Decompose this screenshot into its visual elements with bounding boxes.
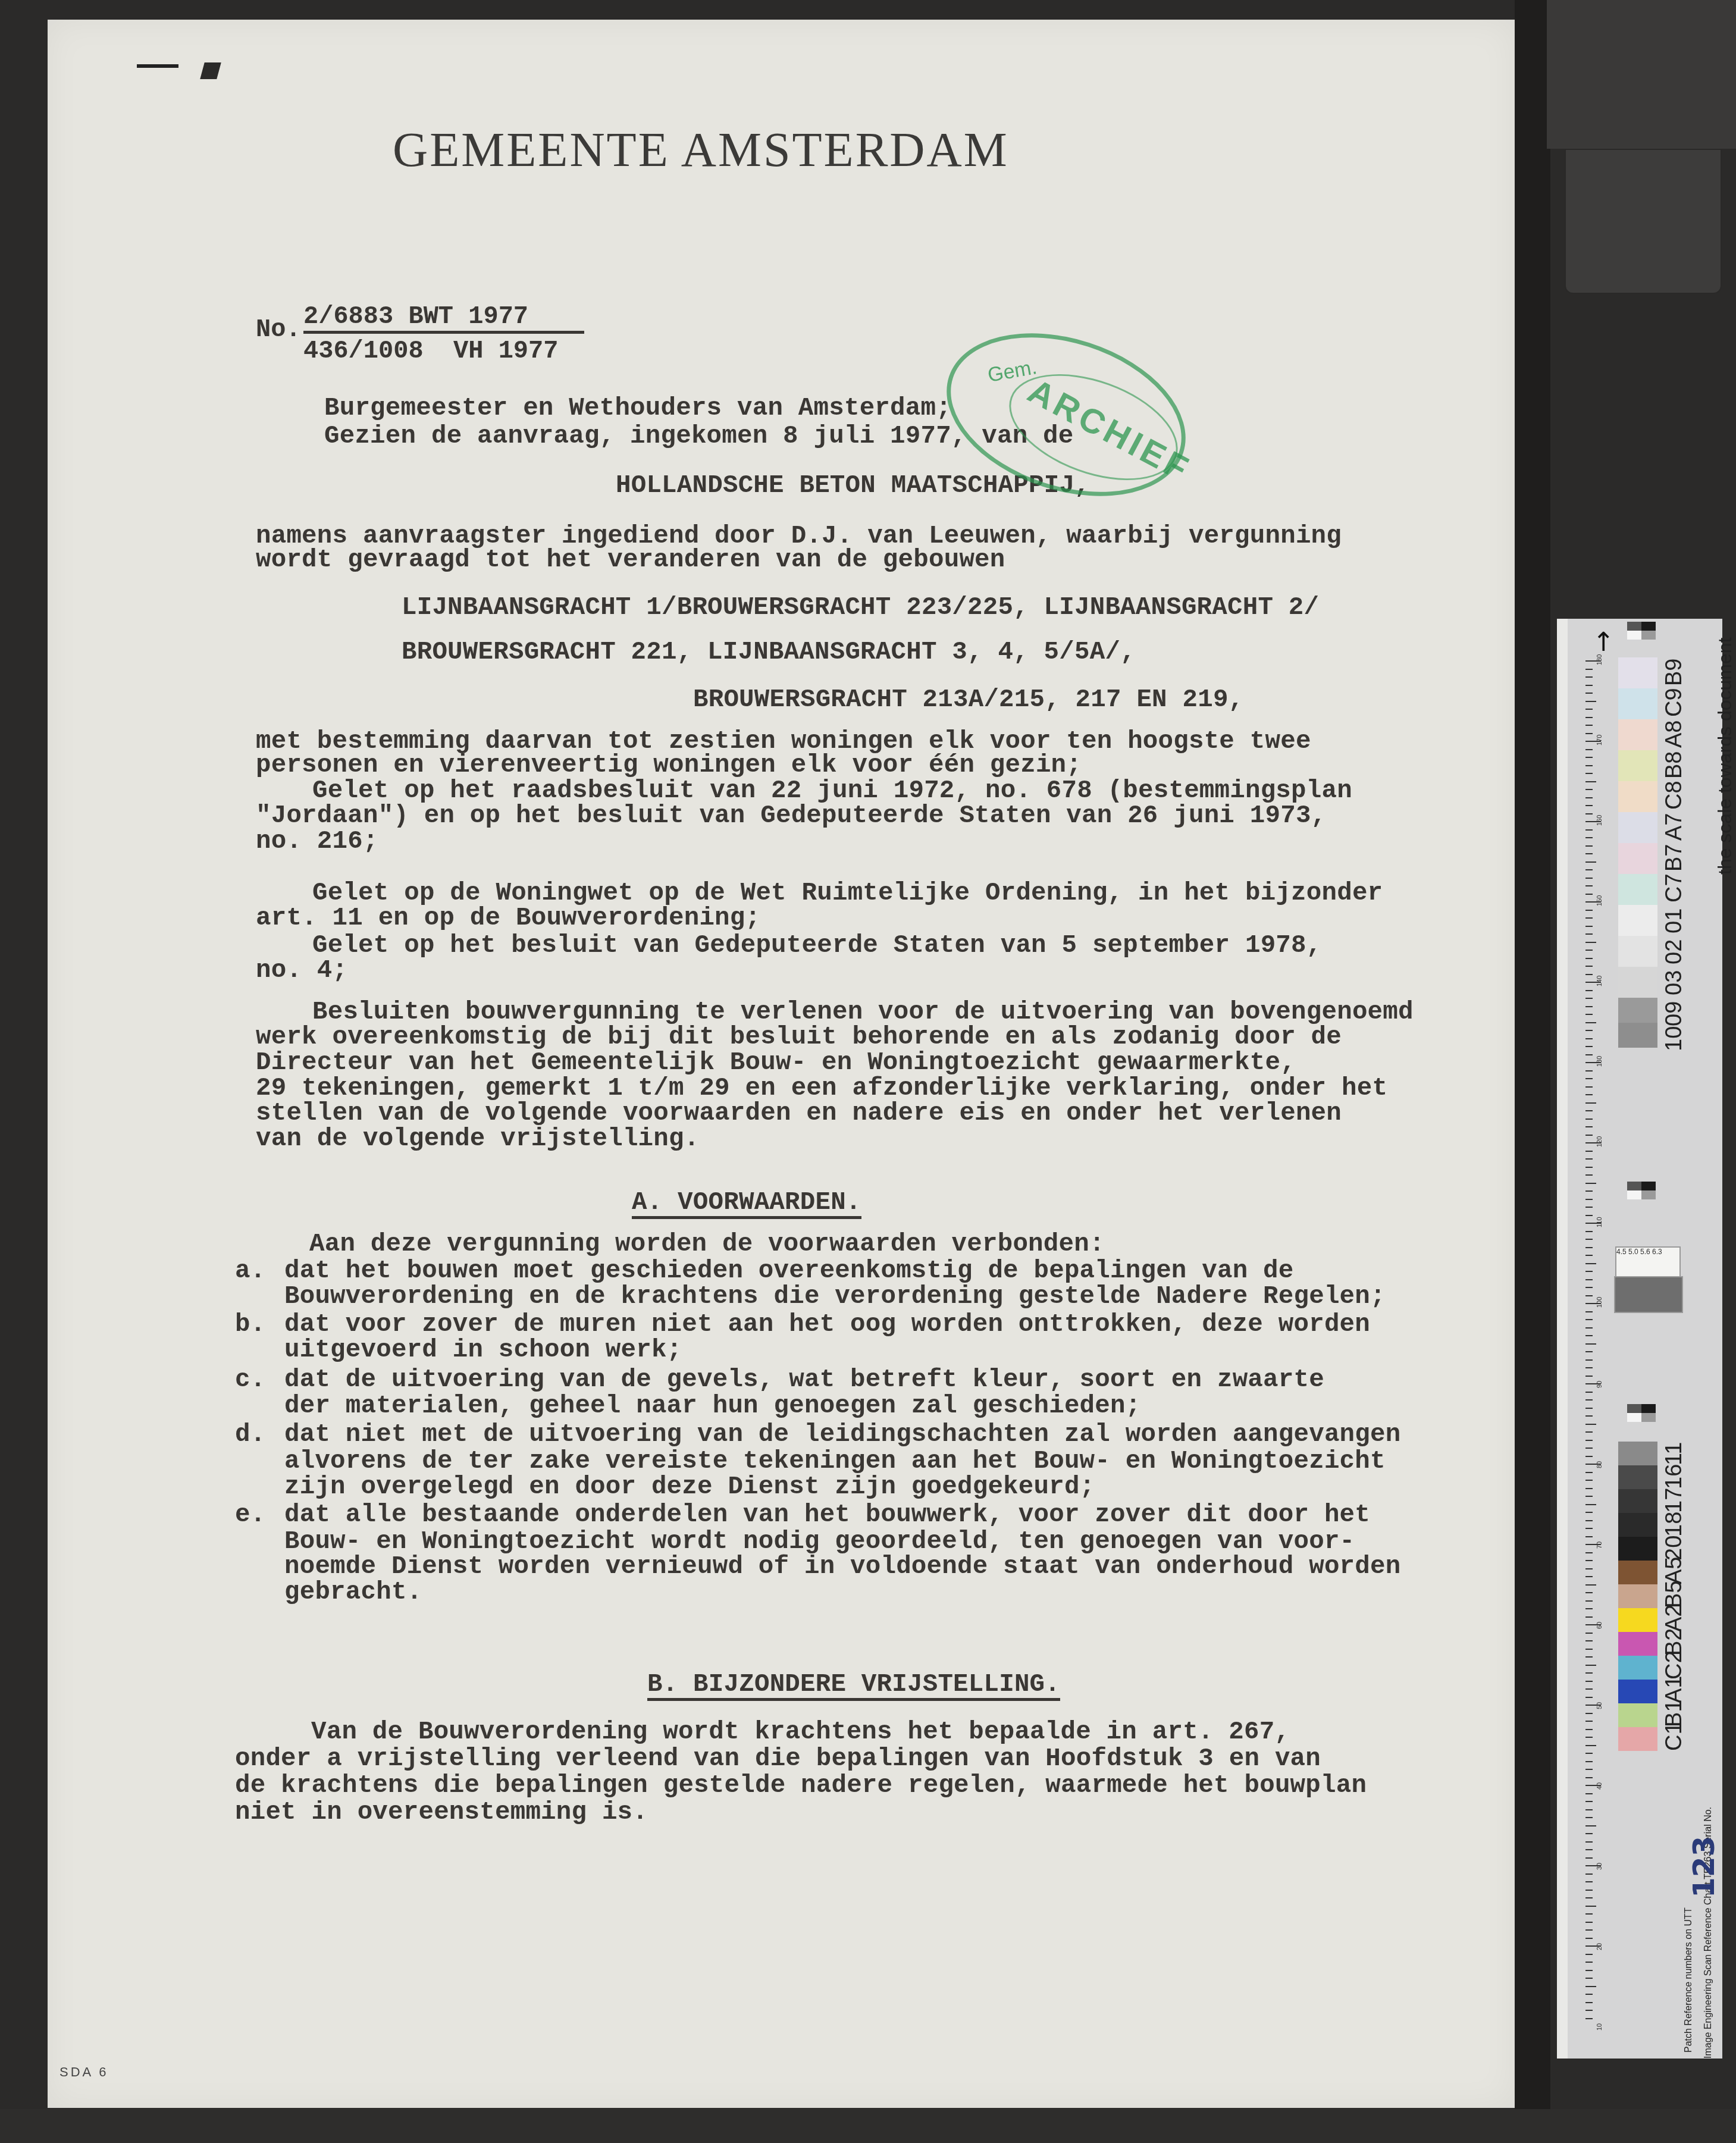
- ruler-tick: [1585, 1078, 1593, 1079]
- ruler-tick: [1585, 1392, 1593, 1393]
- letterhead: GEMEENTE AMSTERDAM: [393, 122, 1009, 178]
- ruler-tick: [1585, 1849, 1593, 1850]
- ruler-tick: [1585, 1472, 1593, 1473]
- patch-label: 18: [1662, 1512, 1687, 1537]
- ruler-tick: [1585, 1929, 1593, 1931]
- ruler-tick: [1585, 1994, 1593, 1995]
- ruler-tick: [1585, 1649, 1593, 1650]
- ruler-tick: [1585, 894, 1593, 895]
- ruler-label: 140: [1596, 976, 1603, 986]
- ruler-tick: [1585, 1359, 1593, 1361]
- ruler-tick: [1585, 1287, 1593, 1288]
- ruler-tick: [1585, 1504, 1596, 1505]
- ruler-tick: [1585, 765, 1593, 766]
- ruler-tick: [1585, 1761, 1593, 1762]
- pencil-annotation: SDA 6: [59, 2064, 108, 2080]
- color-patch-a7: [1618, 812, 1657, 843]
- ruler-tick: [1585, 1745, 1596, 1746]
- ruler-tick: [1585, 1151, 1593, 1152]
- ruler-tick: [1585, 1640, 1593, 1641]
- patch-label: 01: [1662, 908, 1687, 933]
- ruler-tick: [1585, 1255, 1593, 1256]
- color-patch-10: [1618, 1023, 1657, 1048]
- ruler-tick: [1585, 974, 1593, 975]
- condition-line: dat het bouwen moet geschieden overeenko…: [284, 1258, 1293, 1283]
- ruler-tick: [1585, 733, 1593, 734]
- binder-flap: [1565, 149, 1722, 294]
- ruler-tick: [1585, 845, 1593, 847]
- reference-label: No.: [256, 315, 301, 344]
- ruler-tick: [1585, 1448, 1593, 1449]
- ruler-tick: [1585, 1496, 1593, 1497]
- patch-label: 09: [1662, 1001, 1687, 1026]
- ruler-tick: [1585, 1351, 1593, 1352]
- ruler-tick: [1585, 1608, 1593, 1609]
- ruler-tick: [1585, 1633, 1593, 1634]
- ruler-tick: [1585, 1086, 1593, 1088]
- condition-line: gebracht.: [284, 1580, 422, 1605]
- paragraph-line: namens aanvraagster ingediend door D.J. …: [256, 524, 1342, 549]
- reference-number-top: 2/6883 BWT 1977: [303, 302, 528, 331]
- arrow-up-icon: ↑: [1593, 629, 1615, 656]
- ruler-tick: [1585, 1809, 1593, 1810]
- ruler-label: 130: [1596, 1056, 1603, 1067]
- ruler-tick: [1585, 1014, 1593, 1015]
- ruler-tick: [1585, 950, 1593, 951]
- ruler-tick: [1585, 749, 1593, 750]
- ruler-tick: [1585, 1897, 1593, 1898]
- ruler-tick: [1585, 1319, 1593, 1320]
- greyscale-target: [1627, 1182, 1656, 1199]
- ruler-tick: [1585, 1833, 1593, 1834]
- ruler-tick: [1585, 998, 1593, 999]
- ruler-tick: [1585, 1295, 1593, 1296]
- ruler-tick: [1585, 1135, 1593, 1136]
- ruler-tick: [1585, 1962, 1593, 1963]
- patch-label: B8: [1662, 751, 1687, 779]
- grey-card: [1614, 1276, 1683, 1313]
- ruler-tick: [1585, 1311, 1593, 1312]
- ruler-tick: [1585, 1158, 1593, 1160]
- ruler-tick: [1585, 1126, 1593, 1127]
- ruler-tick: [1585, 669, 1593, 670]
- ruler-tick: [1585, 885, 1593, 886]
- ruler-tick: [1585, 1801, 1593, 1802]
- ruler-tick: [1585, 1688, 1593, 1690]
- condition-line: uitgevoerd in schoon werk;: [284, 1337, 682, 1362]
- ruler-tick: [1585, 1970, 1593, 1971]
- ruler-tick: [1585, 1247, 1593, 1248]
- color-patch-09: [1618, 998, 1657, 1023]
- ruler-tick: [1585, 837, 1593, 838]
- paragraph-line: BROUWERSGRACHT 213A/215, 217 EN 219,: [693, 687, 1243, 712]
- color-patch-a2: [1618, 1608, 1657, 1632]
- ruler-tick: [1585, 1737, 1593, 1738]
- ruler-tick: [1585, 1825, 1596, 1826]
- section-a-heading: A. VOORWAARDEN.: [632, 1190, 861, 1219]
- ruler-tick: [1585, 797, 1593, 798]
- ruler-tick: [1585, 789, 1593, 790]
- ruler-tick: [1585, 1183, 1596, 1184]
- ruler-tick: [1585, 1600, 1593, 1602]
- ruler-tick: [1585, 878, 1593, 879]
- ruler-tick: [1585, 1681, 1593, 1682]
- paragraph-line: Burgemeester en Wethouders van Amsterdam…: [324, 396, 951, 421]
- ruler-tick: [1585, 917, 1593, 919]
- ruler-label: 150: [1596, 895, 1603, 906]
- ruler-tick: [1585, 1022, 1596, 1023]
- ruler-tick: [1585, 805, 1593, 806]
- paragraph-line: stellen van de volgende voorwaarden en n…: [256, 1101, 1342, 1126]
- ruler-label: 110: [1596, 1217, 1603, 1227]
- ruler-tick: [1585, 2002, 1593, 2003]
- ruler-tick: [1585, 717, 1593, 718]
- patch-label: C8: [1662, 781, 1687, 810]
- color-patch-02: [1618, 936, 1657, 967]
- ruler-tick: [1585, 2010, 1593, 2011]
- patch-label: 02: [1662, 939, 1687, 964]
- ruler-label: 70: [1596, 1542, 1603, 1549]
- color-patch-b5: [1618, 1584, 1657, 1608]
- ruler-tick: [1585, 990, 1593, 991]
- greyscale-target: [1627, 622, 1656, 640]
- patch-label: 11: [1662, 1442, 1687, 1465]
- ruler-scale: 1801701601501401301201101009080706050403…: [1568, 619, 1603, 2059]
- ruler-tick: [1585, 813, 1593, 814]
- ruler-tick: [1585, 693, 1593, 694]
- color-patch-a5: [1618, 1561, 1657, 1584]
- ruler-tick: [1585, 1592, 1593, 1593]
- ruler-tick: [1585, 1672, 1593, 1674]
- exemption-line: Van de Bouwverordening wordt krachtens h…: [311, 1719, 1290, 1744]
- ruler-tick: [1585, 1190, 1593, 1192]
- greyscale-target: [1627, 1404, 1656, 1422]
- ruler-tick: [1585, 1512, 1593, 1513]
- ruler-tick: [1585, 853, 1593, 854]
- color-patch-b2: [1618, 1632, 1657, 1656]
- chart-caption-patch-ref: Patch Reference numbers on UTT: [1684, 1907, 1694, 2053]
- color-patch-16: [1618, 1465, 1657, 1489]
- ruler-tick: [1585, 1721, 1593, 1722]
- ruler-tick: [1585, 1456, 1593, 1457]
- ruler-tick: [1585, 1335, 1593, 1336]
- patch-label: C1: [1662, 1722, 1687, 1751]
- ruler-tick: [1585, 1986, 1596, 1987]
- condition-line: noemde Dienst worden vernieuwd of in vol…: [284, 1554, 1400, 1579]
- ruler-tick: [1585, 1408, 1593, 1409]
- paragraph-line: Besluiten bouwvergunning te verlenen voo…: [312, 1000, 1414, 1024]
- condition-line: Bouwverordening en de krachtens die vero…: [284, 1284, 1386, 1309]
- condition-line: dat alle bestaande onderdelen van het bo…: [284, 1502, 1370, 1527]
- ruler-tick: [1585, 1616, 1593, 1618]
- ruler-label: 40: [1596, 1782, 1603, 1790]
- color-patch-a8: [1618, 719, 1657, 750]
- ruler-tick: [1585, 1777, 1593, 1778]
- ruler-tick: [1585, 701, 1596, 702]
- ruler-tick: [1585, 1536, 1593, 1537]
- condition-line: dat niet met de uitvoering van de leidin…: [284, 1422, 1400, 1447]
- condition-marker: d.: [235, 1422, 265, 1447]
- patch-label: A7: [1662, 813, 1687, 841]
- ruler-tick: [1585, 1753, 1593, 1754]
- patch-label: A8: [1662, 720, 1687, 748]
- section-a-intro: Aan deze vergunning worden de voorwaarde…: [309, 1232, 1105, 1257]
- ruler-label: 100: [1596, 1297, 1603, 1308]
- ruler-tick: [1585, 1343, 1596, 1345]
- ruler-tick: [1585, 1978, 1593, 1979]
- ruler-tick: [1585, 869, 1593, 870]
- ruler-tick: [1585, 1817, 1593, 1818]
- color-patch-c2: [1618, 1656, 1657, 1680]
- ruler-tick: [1585, 1906, 1596, 1907]
- ruler-label: 170: [1596, 735, 1603, 745]
- paragraph-line: werk overeenkomstig de bij dit besluit b…: [256, 1024, 1342, 1049]
- color-patch-c9: [1618, 688, 1657, 719]
- reference-number-bottom: 436/1008 VH 1977: [303, 337, 558, 365]
- ruler-label: 160: [1596, 815, 1603, 826]
- ruler-tick: [1585, 926, 1593, 927]
- patch-label: 16: [1662, 1464, 1687, 1489]
- color-patch-b8: [1618, 750, 1657, 781]
- ruler-tick: [1585, 1271, 1593, 1272]
- ruler-tick: [1585, 1376, 1593, 1377]
- paragraph-line: "Jordaan") en op het besluit van Gedeput…: [256, 803, 1326, 828]
- ruler-tick: [1585, 1873, 1593, 1875]
- ruler-tick: [1585, 725, 1593, 726]
- paragraph-line: personen en vierenveertig woningen elk v…: [256, 753, 1082, 778]
- ruler-tick: [1585, 829, 1593, 831]
- handwritten-serial: 123: [1687, 1836, 1721, 1898]
- ruler-tick: [1585, 942, 1596, 943]
- color-patch-03: [1618, 967, 1657, 998]
- ruler-tick: [1585, 1399, 1593, 1401]
- paragraph-line: Gelet op het besluit van Gedeputeerde St…: [312, 933, 1321, 958]
- ruler-tick: [1585, 966, 1593, 967]
- paragraph-line: LIJNBAANSGRACHT 1/BROUWERSGRACHT 223/225…: [402, 595, 1319, 620]
- ruler-tick: [1585, 910, 1593, 911]
- condition-line: dat voor zover de muren niet aan het oog…: [284, 1312, 1370, 1337]
- ruler-tick: [1585, 1367, 1593, 1368]
- ruler-tick: [1585, 1568, 1593, 1569]
- condition-line: der materialen, geheel naar hun genoegen…: [284, 1393, 1140, 1418]
- color-patch-17: [1618, 1489, 1657, 1513]
- condition-marker: a.: [235, 1258, 265, 1283]
- ruler-tick: [1585, 1054, 1593, 1055]
- ruler-tick: [1585, 1954, 1593, 1955]
- ruler-tick: [1585, 1938, 1593, 1939]
- ruler-tick: [1585, 1327, 1593, 1329]
- ruler-tick: [1585, 1552, 1593, 1553]
- ruler-tick: [1585, 1922, 1593, 1923]
- paragraph-line: Gelet op de Woningwet op de Wet Ruimteli…: [312, 881, 1383, 906]
- ruler-tick: [1585, 1480, 1593, 1481]
- condition-marker: e.: [235, 1502, 265, 1527]
- ruler-label: 90: [1596, 1381, 1603, 1388]
- ruler-tick: [1585, 1207, 1593, 1208]
- ruler-tick: [1585, 1857, 1593, 1859]
- ruler-tick: [1585, 958, 1593, 959]
- paragraph-line: no. 216;: [256, 829, 378, 854]
- color-patch-c1: [1618, 1727, 1657, 1751]
- ruler-tick: [1585, 1713, 1593, 1714]
- ruler-tick: [1585, 1424, 1596, 1425]
- ruler-tick: [1585, 1263, 1596, 1264]
- ruler-tick: [1585, 1431, 1593, 1433]
- exemption-line: de krachtens die bepalingen gestelde nad…: [235, 1773, 1367, 1798]
- condition-line: alvorens de ter zake vereiste tekeningen…: [284, 1449, 1386, 1474]
- ruler-tick: [1585, 685, 1593, 686]
- ruler-tick: [1585, 1584, 1596, 1586]
- ruler-tick: [1585, 933, 1593, 935]
- ruler-tick: [1585, 1488, 1593, 1489]
- ruler-label: 50: [1596, 1702, 1603, 1709]
- condition-line: dat de uitvoering van de gevels, wat bet…: [284, 1367, 1324, 1392]
- color-patch-c8: [1618, 781, 1657, 812]
- ruler-label: 120: [1596, 1136, 1603, 1147]
- ruler-tick: [1585, 1167, 1593, 1168]
- ruler-tick: [1585, 1231, 1593, 1232]
- paragraph-line: Gelet op het raadsbesluit van 22 juni 19…: [312, 778, 1352, 803]
- binder-edge: [1515, 0, 1550, 2143]
- paragraph-line: Directeur van het Gemeentelijk Bouw- en …: [256, 1050, 1296, 1075]
- color-patch-11: [1618, 1442, 1657, 1465]
- paragraph-line: met bestemming daarvan tot zestien wonin…: [256, 729, 1311, 754]
- ruler-tick: [1585, 1665, 1596, 1666]
- paragraph-line: 29 tekeningen, gemerkt 1 t/m 29 en een a…: [256, 1076, 1387, 1101]
- section-b-heading: B. BIJZONDERE VRIJSTELLING.: [647, 1672, 1060, 1701]
- ruler-tick: [1585, 781, 1596, 782]
- ruler-tick: [1585, 773, 1593, 774]
- ruler-tick: [1585, 1415, 1593, 1417]
- color-patch-a1: [1618, 1680, 1657, 1703]
- paragraph-line: van de volgende vrijstelling.: [256, 1126, 699, 1151]
- ruler-tick: [1585, 1199, 1593, 1200]
- ruler-tick: [1585, 1841, 1593, 1843]
- ruler-tick: [1585, 1881, 1593, 1882]
- color-patch-b9: [1618, 657, 1657, 688]
- ruler-tick: [1585, 1239, 1593, 1240]
- ruler-tick: [1585, 1070, 1593, 1071]
- ruler-tick: [1585, 1560, 1593, 1561]
- condition-line: zijn overgelegd en door deze Dienst zijn…: [284, 1474, 1095, 1499]
- ruler-tick: [1585, 1440, 1593, 1441]
- ruler-label: 60: [1596, 1622, 1603, 1629]
- patch-label: 17: [1662, 1488, 1687, 1513]
- ruler-tick: [1585, 1094, 1593, 1095]
- color-patch-20: [1618, 1537, 1657, 1561]
- patch-label: 10: [1662, 1026, 1687, 1051]
- ruler-tick: [1585, 1890, 1593, 1891]
- color-patch-18: [1618, 1513, 1657, 1537]
- ruler-tick: [1585, 1119, 1593, 1120]
- scan-reference-chart: 1801701601501401301201101009080706050403…: [1557, 619, 1722, 2059]
- color-patch-01: [1618, 905, 1657, 936]
- ruler-tick: [1585, 1030, 1593, 1031]
- color-patch-c7: [1618, 874, 1657, 905]
- reference-divider: [303, 331, 584, 334]
- binder-cover: [1547, 0, 1736, 149]
- condition-marker: b.: [235, 1312, 265, 1337]
- exemption-line: onder a vrijstelling verleend van die be…: [235, 1746, 1321, 1771]
- paragraph-line: BROUWERSGRACHT 221, LIJNBAANSGRACHT 3, 4…: [402, 640, 1136, 665]
- ruler-tick: [1585, 1729, 1593, 1730]
- ruler-tick: [1585, 1528, 1593, 1529]
- ruler-label: 10: [1596, 2023, 1603, 2031]
- ruler-tick: [1585, 1697, 1593, 1698]
- ruler-tick: [1585, 1110, 1593, 1111]
- ruler-tick: [1585, 1215, 1593, 1216]
- ruler-label: 20: [1596, 1943, 1603, 1950]
- ruler-tick: [1585, 1520, 1593, 1521]
- patch-label: B7: [1662, 844, 1687, 872]
- ruler-tick: [1585, 1102, 1596, 1104]
- ruler-tick: [1585, 1006, 1593, 1007]
- color-patch-b1: [1618, 1703, 1657, 1727]
- paragraph-line: wordt gevraagd tot het veranderen van de…: [256, 547, 1005, 572]
- ruler-tick: [1585, 1279, 1593, 1280]
- ruler-tick: [1585, 1046, 1593, 1047]
- ruler-label: 30: [1596, 1863, 1603, 1870]
- chart-caption-direction: the scale towards document: [1714, 638, 1736, 875]
- condition-line: Bouw- en Woningtoezicht wordt nodig geoo…: [284, 1529, 1355, 1554]
- ruler-tick: [1585, 757, 1593, 758]
- color-patch-b7: [1618, 843, 1657, 874]
- ruler-tick: [1585, 709, 1593, 710]
- ruler-tick: [1585, 1038, 1593, 1039]
- paragraph-line: art. 11 en op de Bouwverordening;: [256, 906, 760, 930]
- condition-marker: c.: [235, 1367, 265, 1392]
- ruler-tick: [1585, 1913, 1593, 1915]
- punch-tear-mark: [137, 64, 178, 68]
- patch-label: 03: [1662, 970, 1687, 995]
- patch-label: B9: [1662, 659, 1687, 686]
- ruler-tick: [1585, 861, 1596, 863]
- ruler-tick: [1585, 1576, 1593, 1577]
- ruler-tick: [1585, 1174, 1593, 1176]
- ruler-label: 80: [1596, 1461, 1603, 1468]
- paragraph-line: no. 4;: [256, 958, 347, 983]
- patch-label: C9: [1662, 688, 1687, 717]
- ruler-tick: [1585, 1769, 1593, 1770]
- binder-bottom-edge: [0, 2109, 1736, 2143]
- ruler-tick: [1585, 676, 1593, 678]
- patch-label: C7: [1662, 873, 1687, 903]
- ruler-tick: [1585, 1793, 1593, 1794]
- ruler-tick: [1585, 1656, 1593, 1658]
- ruler-tick: [1585, 2018, 1593, 2019]
- exemption-line: niet in overeenstemming is.: [235, 1800, 648, 1825]
